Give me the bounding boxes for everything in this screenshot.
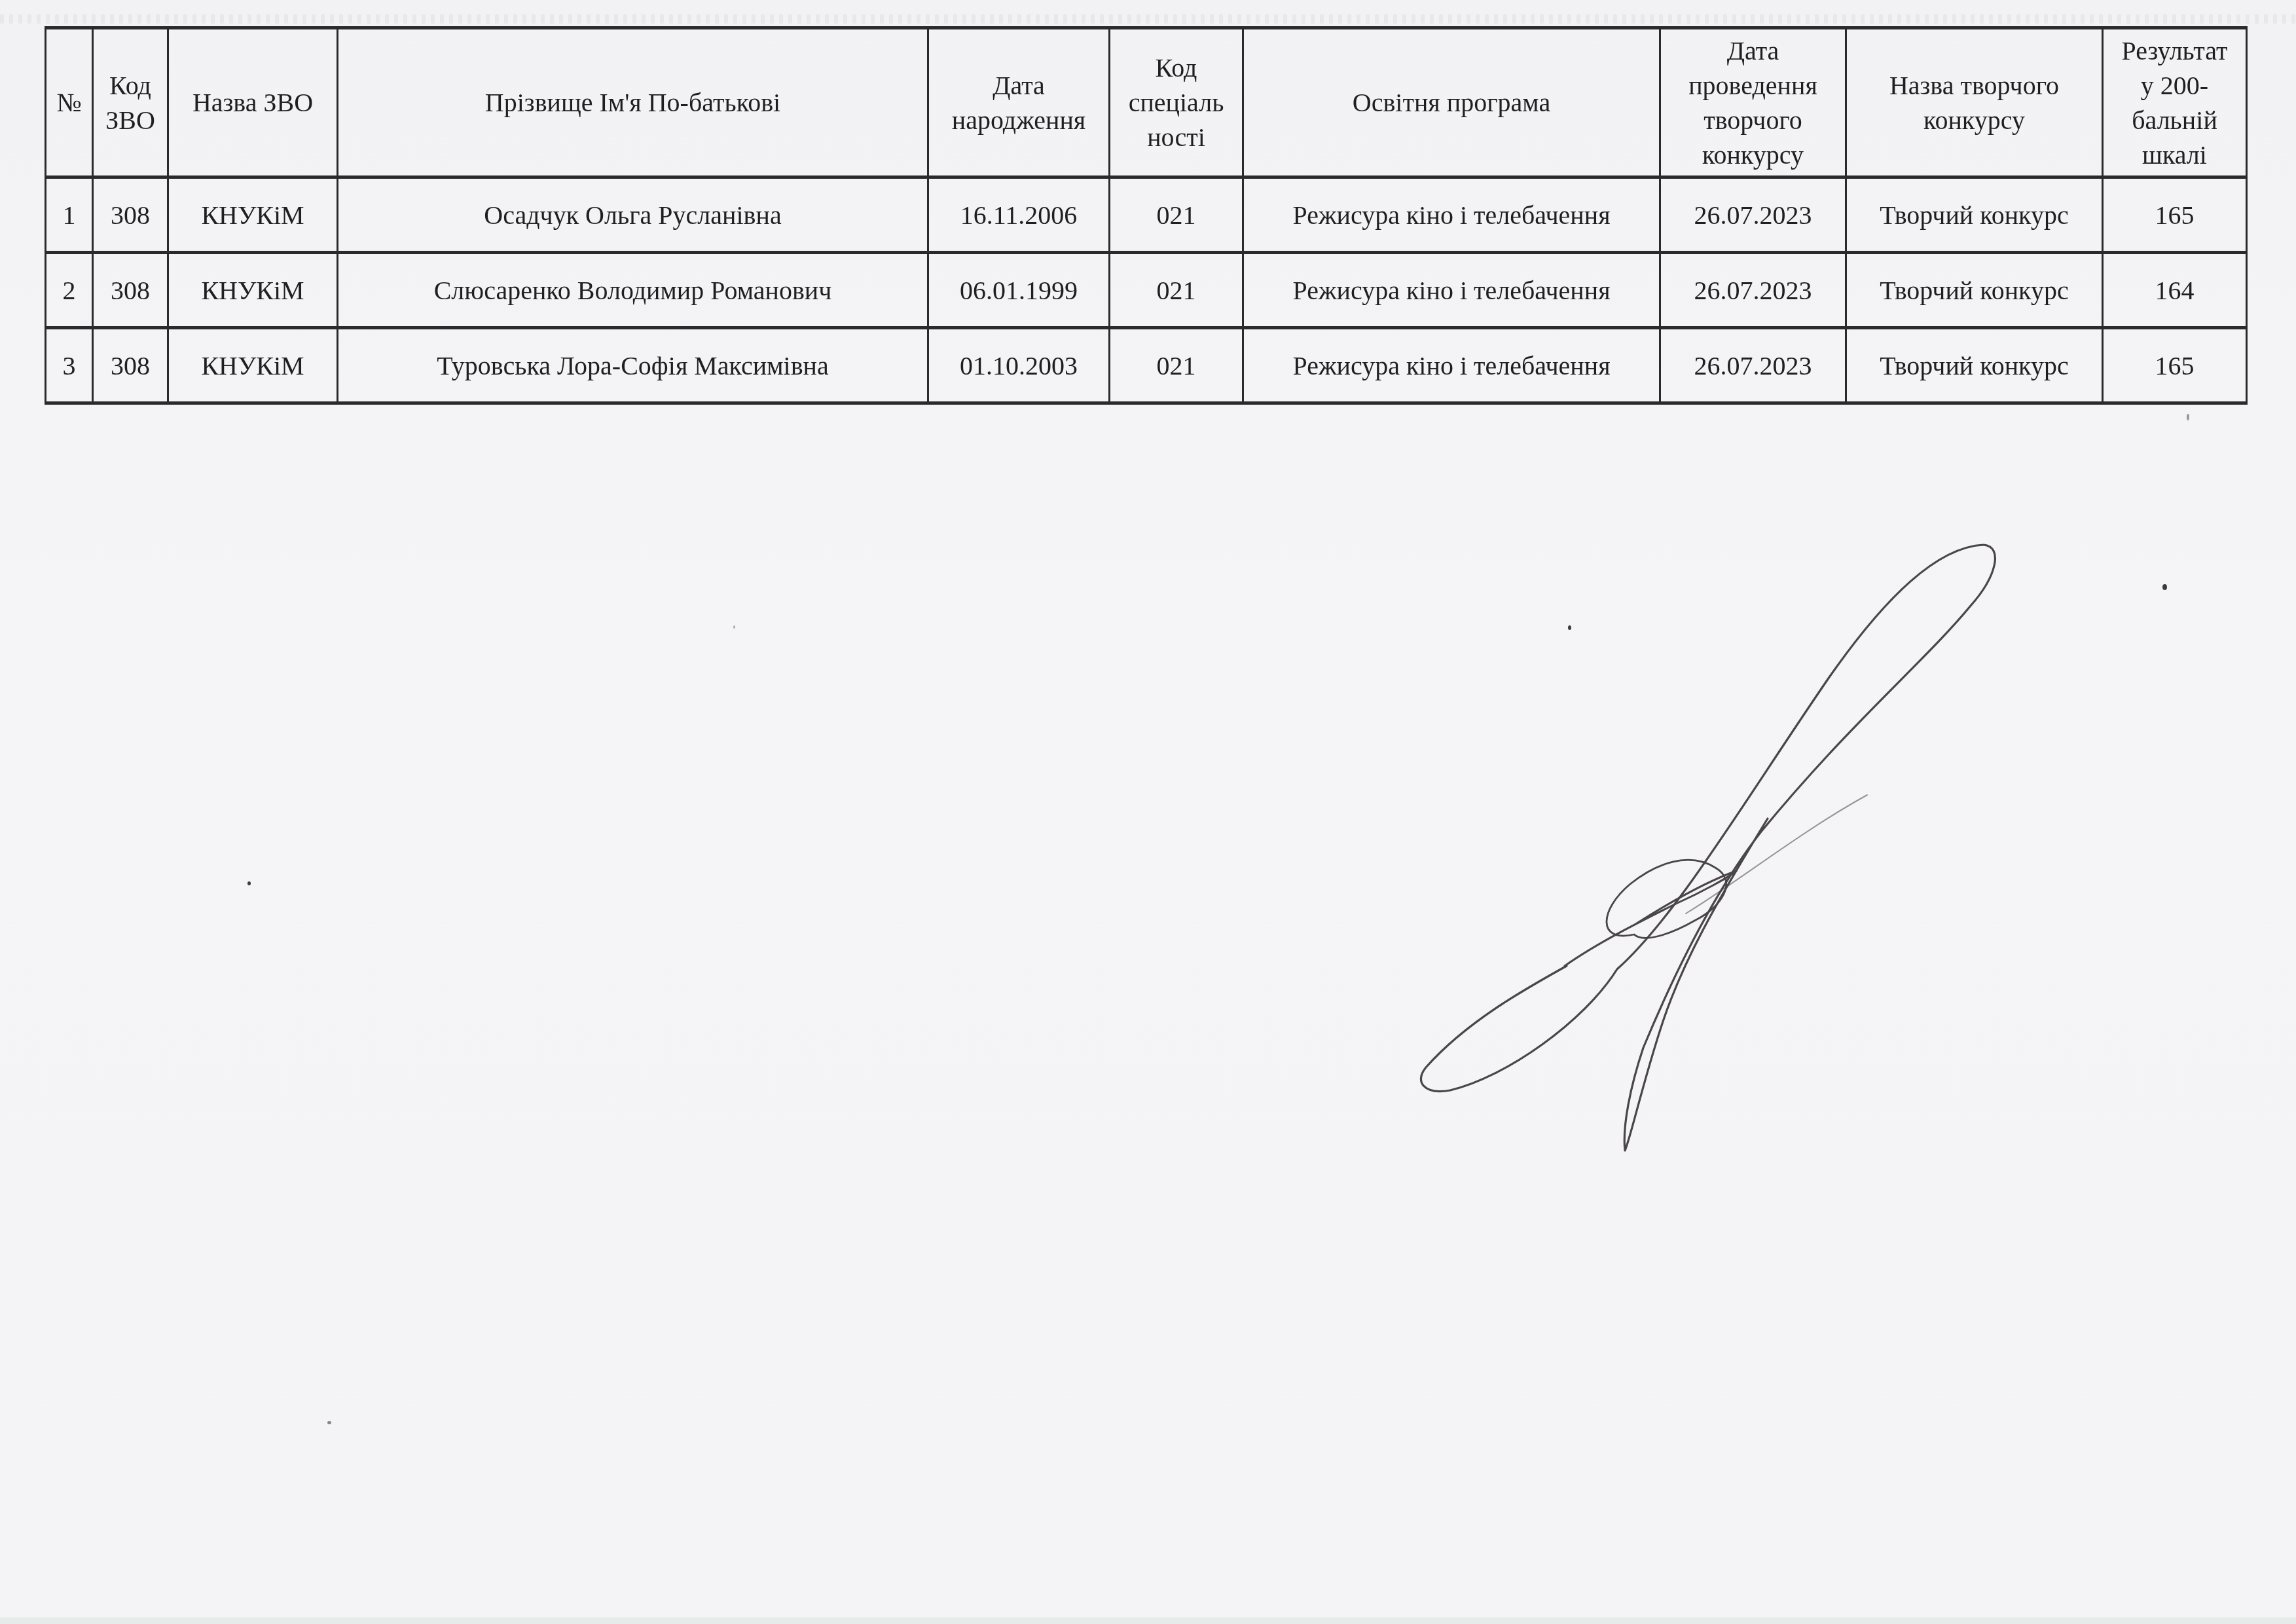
header-contest-name: Назва творчого конкурсу [1846,28,2103,177]
cell-number: 3 [46,328,93,403]
scan-edge-top [0,14,2296,24]
header-row: № Код ЗВО Назва ЗВО Прізвище Ім'я По-бат… [46,28,2247,177]
cell-number: 1 [46,177,93,253]
cell-institution-name: КНУКіМ [168,328,338,403]
cell-birth-date: 01.10.2003 [928,328,1110,403]
cell-institution-code: 308 [93,177,168,253]
cell-contest-date: 26.07.2023 [1660,328,1846,403]
scan-speck [2187,414,2189,420]
cell-score: 165 [2103,328,2247,403]
header-institution-name: Назва ЗВО [168,28,338,177]
cell-contest-date: 26.07.2023 [1660,177,1846,253]
header-score: Результат у 200- бальній шкалі [2103,28,2247,177]
cell-contest-date: 26.07.2023 [1660,253,1846,328]
cell-educational-program: Режисура кіно і телебачення [1243,177,1660,253]
scan-edge-bottom [0,1617,2296,1624]
scan-speck [2162,584,2167,590]
scan-speck [1568,625,1571,630]
cell-institution-code: 308 [93,253,168,328]
cell-institution-name: КНУКіМ [168,177,338,253]
header-full-name: Прізвище Ім'я По-батькові [338,28,928,177]
cell-institution-code: 308 [93,328,168,403]
scan-speck [327,1421,331,1424]
table-row: 2 308 КНУКіМ Слюсаренко Володимир Романо… [46,253,2247,328]
cell-score: 165 [2103,177,2247,253]
cell-full-name: Осадчук Ольга Русланівна [338,177,928,253]
header-institution-code: Код ЗВО [93,28,168,177]
cell-full-name: Слюсаренко Володимир Романович [338,253,928,328]
scan-speck [247,881,251,885]
table-row: 3 308 КНУКіМ Туровська Лора-Софія Максим… [46,328,2247,403]
cell-birth-date: 16.11.2006 [928,177,1110,253]
cell-specialty-code: 021 [1110,328,1243,403]
cell-score: 164 [2103,253,2247,328]
results-table: № Код ЗВО Назва ЗВО Прізвище Ім'я По-бат… [45,26,2248,405]
cell-educational-program: Режисура кіно і телебачення [1243,328,1660,403]
cell-institution-name: КНУКіМ [168,253,338,328]
header-number: № [46,28,93,177]
cell-number: 2 [46,253,93,328]
header-birth-date: Дата народження [928,28,1110,177]
cell-birth-date: 06.01.1999 [928,253,1110,328]
cell-full-name: Туровська Лора-Софія Максимівна [338,328,928,403]
cell-specialty-code: 021 [1110,177,1243,253]
cell-contest-name: Творчий конкурс [1846,177,2103,253]
table-row: 1 308 КНУКіМ Осадчук Ольга Русланівна 16… [46,177,2247,253]
cell-contest-name: Творчий конкурс [1846,253,2103,328]
header-specialty-code: Код спеціаль ності [1110,28,1243,177]
header-contest-date: Дата проведення творчого конкурсу [1660,28,1846,177]
cell-contest-name: Творчий конкурс [1846,328,2103,403]
cell-educational-program: Режисура кіно і телебачення [1243,253,1660,328]
scan-speck [733,625,735,629]
header-educational-program: Освітня програма [1243,28,1660,177]
cell-specialty-code: 021 [1110,253,1243,328]
